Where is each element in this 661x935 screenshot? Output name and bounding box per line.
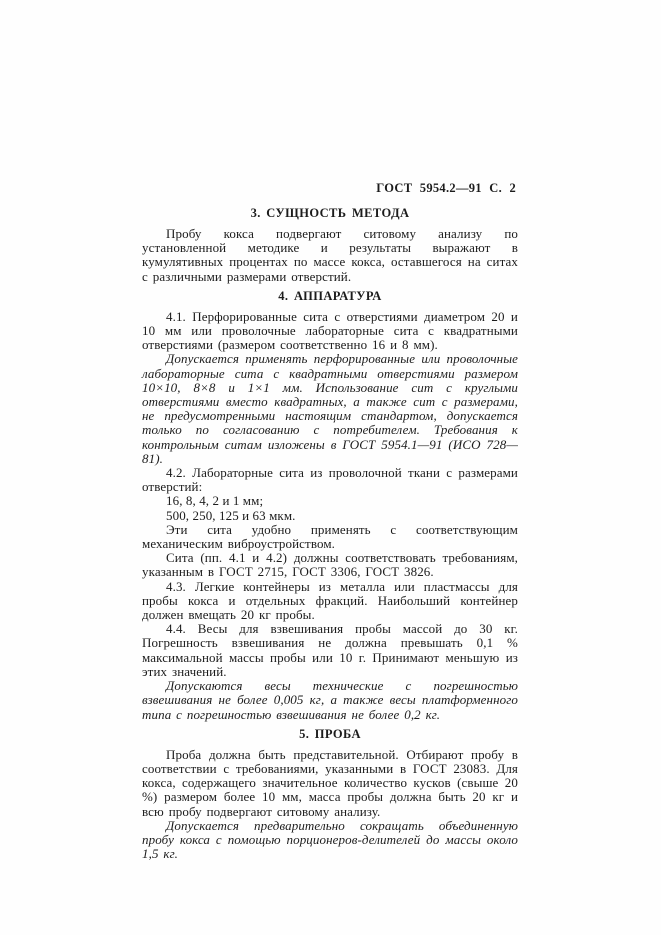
document-page: ГОСТ 5954.2—91 С. 2 3. СУЩНОСТЬ МЕТОДА П… (0, 0, 661, 935)
clause-4-3-paragraph: 4.3. Легкие контейнеры из металла или пл… (142, 580, 518, 623)
section-4-title: 4. АППАРАТУРА (142, 289, 518, 303)
sieve-sizes-micron: 500, 250, 125 и 63 мкм. (142, 509, 518, 523)
section-3-paragraph: Пробу кокса подвергают ситовому анализу … (142, 227, 518, 284)
clause-4-2-requirements-paragraph: Сита (пп. 4.1 и 4.2) должны соответствов… (142, 551, 518, 579)
clause-4-2-paragraph: 4.2. Лабораторные сита из проволочной тк… (142, 466, 518, 494)
section-5-note: Допускается предварительно сокращать объ… (142, 819, 518, 862)
clause-4-1-note: Допускается применять перфорированные ил… (142, 352, 518, 466)
sieve-sizes-mm: 16, 8, 4, 2 и 1 мм; (142, 494, 518, 508)
section-3-title: 3. СУЩНОСТЬ МЕТОДА (142, 206, 518, 220)
clause-4-1-paragraph: 4.1. Перфорированные сита с отверстиями … (142, 310, 518, 353)
clause-4-2-usage-paragraph: Эти сита удобно применять с соответствую… (142, 523, 518, 551)
clause-4-4-paragraph: 4.4. Весы для взвешивания пробы массой д… (142, 622, 518, 679)
section-5-title: 5. ПРОБА (142, 727, 518, 741)
clause-4-4-note: Допускаются весы технические с погрешнос… (142, 679, 518, 722)
page-header-gost-number: ГОСТ 5954.2—91 С. 2 (142, 181, 516, 195)
section-5-paragraph: Проба должна быть представительной. Отби… (142, 748, 518, 819)
text-block: ГОСТ 5954.2—91 С. 2 3. СУЩНОСТЬ МЕТОДА П… (142, 181, 518, 861)
